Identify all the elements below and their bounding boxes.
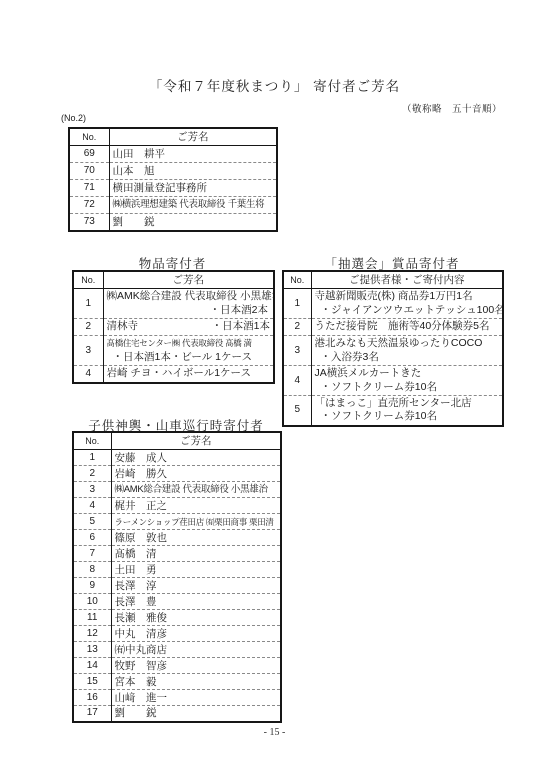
donor-name: 岩崎 チヨ・ハイボール1ケース (103, 366, 274, 383)
column-header-provider: ご提供者様・ご寄付内容 (311, 271, 503, 289)
donor-no: 13 (73, 642, 111, 658)
donor-no: 1 (73, 289, 103, 319)
table-row: 4 梶井 正之 (73, 498, 281, 514)
donor-no: 9 (73, 578, 111, 594)
table-row: 9 長澤 淳 (73, 578, 281, 594)
prize-line: ・ソフトクリーム券10名 (315, 410, 500, 424)
donor-no: 15 (73, 674, 111, 690)
provider-line: うただ接骨院 施術等40分体験券5名 (315, 320, 500, 334)
table-row: 3 髙橋住宅センター㈱ 代表取締役 髙橋 満 ・日本酒1本・ビール 1ケース (73, 336, 274, 366)
donor-name: 横田測量登記事務所 (109, 180, 277, 197)
donor-name: 梶井 正之 (111, 498, 281, 514)
donor-no: 5 (73, 514, 111, 530)
donor-name: 篠原 敦也 (111, 530, 281, 546)
provider-line: 寺越新聞販売(株) 商品券1万円1名 (315, 290, 500, 304)
provider-line: JA横浜メルカートきた (315, 367, 500, 381)
donor-no: 6 (73, 530, 111, 546)
table-row: 71 横田測量登記事務所 (69, 180, 277, 197)
table-row: 14 牧野 智彦 (73, 658, 281, 674)
donor-name: 髙橋住宅センター㈱ 代表取締役 髙橋 満 ・日本酒1本・ビール 1ケース (103, 336, 274, 366)
table-row: 5 「はまっこ」直売所センター北店 ・ソフトクリーム券10名 (283, 396, 503, 426)
document-page: 「令和７年度秋まつり」 寄付者ご芳名 （敬称略 五十音順） (No.2) No.… (0, 0, 549, 776)
donor-name: うただ接骨院 施術等40分体験券5名 (311, 319, 503, 336)
donation-item-line: ・日本酒1本・ビール 1ケース (107, 351, 271, 365)
donor-no: 1 (283, 289, 311, 319)
donor-no: 71 (69, 180, 109, 197)
prize-line: ・ジャイアンツウエットテッシュ100名 (315, 304, 500, 318)
donor-name: ㈱横浜理想建築 代表取締役 千葉生将 (109, 197, 277, 214)
sheet-number-label: (No.2) (61, 113, 86, 123)
mikoshi-donor-table: No. ご芳名 1 安藤 成人 2 岩崎 勝久 3 ㈱AMK総合建設 代表取締役… (72, 431, 282, 723)
column-header-name: ご芳名 (103, 271, 274, 289)
donor-name: 港北みなも天然温泉ゆったりCOCO ・入浴券3名 (311, 336, 503, 366)
provider-line: 「はまっこ」直売所センター北店 (315, 397, 500, 411)
table-row: 1 寺越新聞販売(株) 商品券1万円1名 ・ジャイアンツウエットテッシュ100名 (283, 289, 503, 319)
table-row: 10 長澤 豊 (73, 594, 281, 610)
donor-no: 3 (73, 336, 103, 366)
table-row: 7 髙橋 清 (73, 546, 281, 562)
donor-name: 清林寺 ・日本酒1本 (103, 319, 274, 336)
table-row: 3 ㈱AMK総合建設 代表取締役 小黒雄治 (73, 482, 281, 498)
donor-name: 髙橋 清 (111, 546, 281, 562)
page-title: 「令和７年度秋まつり」 寄付者ご芳名 (0, 75, 549, 95)
donor-name-line: 清林寺 ・日本酒1本 (107, 320, 271, 334)
table-row: 6 篠原 敦也 (73, 530, 281, 546)
donor-name: 牧野 智彦 (111, 658, 281, 674)
table-row: 4 JA横浜メルカートきた ・ソフトクリーム券10名 (283, 366, 503, 396)
donor-no: 73 (69, 214, 109, 231)
donor-name: 長瀬 雅俊 (111, 610, 281, 626)
donor-no: 11 (73, 610, 111, 626)
table-row: 13 ㈲中丸商店 (73, 642, 281, 658)
donor-name: JA横浜メルカートきた ・ソフトクリーム券10名 (311, 366, 503, 396)
table-row: 73 劉 鋭 (69, 214, 277, 231)
donor-name: 劉 鋭 (111, 706, 281, 722)
donor-no: 8 (73, 562, 111, 578)
donor-name: 山田 耕平 (109, 146, 277, 163)
column-header-no: No. (283, 271, 311, 289)
donor-no: 2 (73, 319, 103, 336)
donor-no: 17 (73, 706, 111, 722)
goods-donor-table: No. ご芳名 1 ㈱AMK総合建設 代表取締役 小黒雄治 ・日本酒2本 2 清… (72, 270, 275, 384)
donor-name: 岩崎 勝久 (111, 466, 281, 482)
table-row: 15 宮本 毅 (73, 674, 281, 690)
donor-name: 中丸 清彦 (111, 626, 281, 642)
donor-no: 4 (283, 366, 311, 396)
donor-no: 1 (73, 450, 111, 466)
donor-name: 宮本 毅 (111, 674, 281, 690)
table-row: 17 劉 鋭 (73, 706, 281, 722)
donor-no: 2 (73, 466, 111, 482)
donation-item-line: ・日本酒2本 (107, 304, 271, 318)
table-row: 4 岩崎 チヨ・ハイボール1ケース (73, 366, 274, 383)
donor-name: 劉 鋭 (109, 214, 277, 231)
donor-no: 69 (69, 146, 109, 163)
donor-no: 2 (283, 319, 311, 336)
donor-no: 16 (73, 690, 111, 706)
donor-name: ㈱AMK総合建設 代表取締役 小黒雄治 ・日本酒2本 (103, 289, 274, 319)
table-row: 16 山﨑 進一 (73, 690, 281, 706)
donation-item-text: ・日本酒1本 (212, 320, 270, 334)
donor-name: ラーメンショップ荏田店 ㈲栗田商事 栗田清 (111, 514, 281, 530)
donor-no: 72 (69, 197, 109, 214)
donor-no: 10 (73, 594, 111, 610)
column-header-name: ご芳名 (111, 432, 281, 450)
donor-no: 5 (283, 396, 311, 426)
table-row: 70 山本 旭 (69, 163, 277, 180)
donor-name: ㈲中丸商店 (111, 642, 281, 658)
donor-no: 4 (73, 498, 111, 514)
donor-name-line: 岩崎 チヨ・ハイボール1ケース (107, 367, 271, 381)
donor-no: 14 (73, 658, 111, 674)
donor-no: 3 (283, 336, 311, 366)
table-row: 3 港北みなも天然温泉ゆったりCOCO ・入浴券3名 (283, 336, 503, 366)
table-row: 11 長瀬 雅俊 (73, 610, 281, 626)
raffle-donor-table: No. ご提供者様・ご寄付内容 1 寺越新聞販売(株) 商品券1万円1名 ・ジャ… (282, 270, 504, 427)
column-header-no: No. (73, 271, 103, 289)
table-row: 5 ラーメンショップ荏田店 ㈲栗田商事 栗田清 (73, 514, 281, 530)
table-row: 72 ㈱横浜理想建築 代表取締役 千葉生将 (69, 197, 277, 214)
table-row: 2 岩崎 勝久 (73, 466, 281, 482)
prize-line: ・ソフトクリーム券10名 (315, 381, 500, 395)
donor-name: 山﨑 進一 (111, 690, 281, 706)
donor-name: 「はまっこ」直売所センター北店 ・ソフトクリーム券10名 (311, 396, 503, 426)
donor-name: 長澤 豊 (111, 594, 281, 610)
column-header-no: No. (69, 128, 109, 146)
table-row: 69 山田 耕平 (69, 146, 277, 163)
table-row: 2 うただ接骨院 施術等40分体験券5名 (283, 319, 503, 336)
donor-name-line: ㈱AMK総合建設 代表取締役 小黒雄治 (107, 290, 271, 304)
donor-name: 長澤 淳 (111, 578, 281, 594)
donor-no: 12 (73, 626, 111, 642)
table-row: 1 安藤 成人 (73, 450, 281, 466)
donor-no: 4 (73, 366, 103, 383)
donor-no: 3 (73, 482, 111, 498)
page-number: - 15 - (0, 727, 549, 738)
table-row: 12 中丸 清彦 (73, 626, 281, 642)
table-row: 2 清林寺 ・日本酒1本 (73, 319, 274, 336)
donor-name-text: 清林寺 (107, 320, 139, 334)
column-header-no: No. (73, 432, 111, 450)
donor-name: 寺越新聞販売(株) 商品券1万円1名 ・ジャイアンツウエットテッシュ100名 (311, 289, 503, 319)
continuation-donor-table: No. ご芳名 69 山田 耕平 70 山本 旭 71 横田測量登記事務所 72… (68, 127, 278, 232)
donor-name: 山本 旭 (109, 163, 277, 180)
prize-line: ・入浴券3名 (315, 351, 500, 365)
table-row: 8 土田 勇 (73, 562, 281, 578)
donor-name: 安藤 成人 (111, 450, 281, 466)
donor-name-line: 髙橋住宅センター㈱ 代表取締役 髙橋 満 (107, 337, 271, 351)
table-row: 1 ㈱AMK総合建設 代表取締役 小黒雄治 ・日本酒2本 (73, 289, 274, 319)
donor-no: 70 (69, 163, 109, 180)
provider-line: 港北みなも天然温泉ゆったりCOCO (315, 337, 500, 351)
honorific-note: （敬称略 五十音順） (402, 101, 502, 115)
column-header-name: ご芳名 (109, 128, 277, 146)
donor-no: 7 (73, 546, 111, 562)
donor-name: 土田 勇 (111, 562, 281, 578)
donor-name: ㈱AMK総合建設 代表取締役 小黒雄治 (111, 482, 281, 498)
